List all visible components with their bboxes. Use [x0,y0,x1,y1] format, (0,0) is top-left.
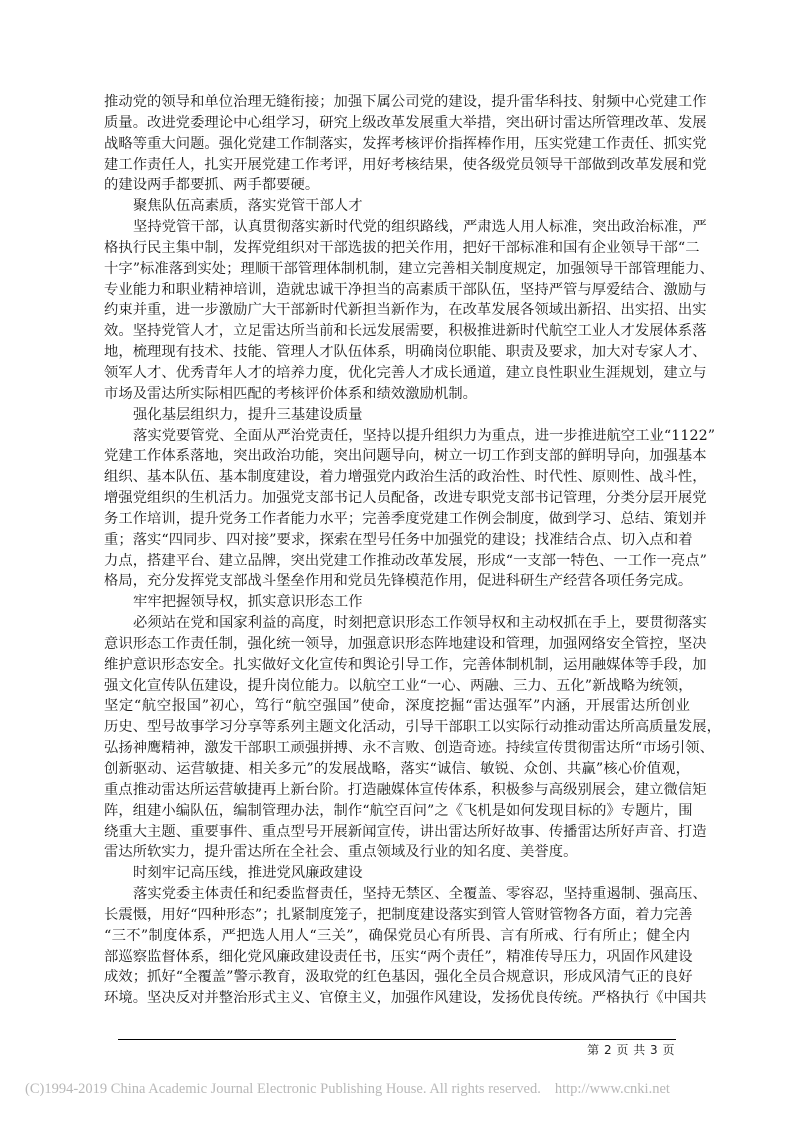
text-line: 环境。坚决反对并整治形式主义、官僚主义，加强作风建设，发扬优良传统。严格执行《中… [104,988,690,1009]
text-line: 维护意识形态安全。扎实做好文化宣传和舆论引导工作，完善体制机制，运用融媒体等手段… [104,655,690,676]
paragraph-cadre-talent: 坚持党管干部，认真贯彻落实新时代党的组织路线，严肃选人用人标准，突出政治标准，严… [104,217,690,405]
text-line: 部巡察监督体系，细化党风廉政建设责任书，压实“两个责任”，精准传导压力，巩固作风… [104,947,690,968]
text-line: 力点，搭建平台、建立品牌，突出党建工作推动改革发展，形成“一支部一特色、一工作一… [104,551,690,572]
text-line: 效。坚持党管人才，立足雷达所当前和长远发展需要，积极推进新时代航空工业人才发展体… [104,321,690,342]
copyright-text: (C)1994-2019 China Academic Journal Elec… [25,1081,541,1097]
text-line: 坚持党管干部，认真贯彻落实新时代党的组织路线，严肃选人用人标准，突出政治标准，严 [104,217,690,238]
text-line: 增强党组织的生机活力。加强党支部书记人员配备，改进专职党支部书记管理，分类分层开… [104,488,690,509]
text-line: 落实党委主体责任和纪委监督责任，坚持无禁区、全覆盖、零容忍，坚持重遏制、强高压、 [104,884,690,905]
text-line: 专业能力和职业精神培训，造就忠诚干净担当的高素质干部队伍，坚持严管与厚爱结合、激… [104,280,690,301]
document-body: 推动党的领导和单位治理无缝衔接；加强下属公司党的建设，提升雷华科技、射频中心党建… [104,92,690,1009]
text-line: 绕重大主题、重要事件、重点型号开展新闻宣传，讲出雷达所好故事、传播雷达所好声音、… [104,822,690,843]
text-line: 推动党的领导和单位治理无缝衔接；加强下属公司党的建设，提升雷华科技、射频中心党建… [104,92,690,113]
text-line: 重；落实“四同步、四对接”要求，探索在型号任务中加强党的建设；找准结合点、切入点… [104,530,690,551]
text-line: 成效；抓好“全覆盖”警示教育，汲取党的红色基因，强化全员合规意识，形成风清气正的… [104,967,690,988]
text-line: 约束并重，进一步激励广大干部新时代新担当新作为，在改革发展各领域出新招、出实招、… [104,300,690,321]
text-line: 十字”标准落到实处；理顺干部管理体制机制，建立完善相关制度规定，加强领导干部管理… [104,259,690,280]
text-line: 的建设两手都要抓、两手都要硬。 [104,175,690,196]
text-line: 必须站在党和国家利益的高度，时刻把意识形态工作领导权和主动权抓在手上，要贯彻落实 [104,613,690,634]
text-line: 务工作培训，提升党务工作者能力水平；完善季度党建工作例会制度，做到学习、总结、策… [104,509,690,530]
footer-divider [118,1039,676,1040]
paragraph-grassroots-organization: 落实党要管党、全面从严治党责任，坚持以提升组织力为重点，进一步推进航空工业“11… [104,426,690,593]
text-line: “三不”制度体系，严把选人用人“三关”，确保党员心有所畏、言有所戒、行有所止；健… [104,926,690,947]
text-line: 质量。改进党委理论中心组学习，研究上级改革发展重大举措，突出研讨雷达所管理改革、… [104,113,690,134]
text-line: 格局，充分发挥党支部战斗堡垒作用和党员先锋模范作用，促进科研生产经营各项任务完成… [104,571,690,592]
section-heading-grassroots-organization: 强化基层组织力，提升三基建设质量 [104,405,690,426]
text-line: 长震慑，用好“四种形态”；扎紧制度笼子，把制度建设落实到管人管财管物各方面，着力… [104,905,690,926]
paragraph-integrity: 落实党委主体责任和纪委监督责任，坚持无禁区、全覆盖、零容忍，坚持重遏制、强高压、… [104,884,690,1009]
copyright-watermark: (C)1994-2019 China Academic Journal Elec… [25,1081,670,1098]
text-line: 阵，组建小编队伍，编制管理办法，制作“航空百问”之《飞机是如何发现目标的》专题片… [104,801,690,822]
paragraph-ideology: 必须站在党和国家利益的高度，时刻把意识形态工作领导权和主动权抓在手上，要贯彻落实… [104,613,690,863]
text-line: 意识形态工作责任制，强化统一领导，加强意识形态阵地建设和管理，加强网络安全管控，… [104,634,690,655]
text-line: 市场及雷达所实际相匹配的考核评价体系和绩效激励机制。 [104,384,690,405]
page-number: 第 2 页 共 3 页 [587,1041,675,1058]
text-line: 坚定“航空报国”初心，笃行“航空强国”使命，深度挖掘“雷达强军”内涵，开展雷达所… [104,696,690,717]
text-line: 战略等重大问题。强化党建工作制落实，发挥考核评价指挥棒作用，压实党建工作责任、抓… [104,134,690,155]
section-heading-ideology: 牢牢把握领导权，抓实意识形态工作 [104,592,690,613]
section-heading-integrity: 时刻牢记高压线，推进党风廉政建设 [104,863,690,884]
watermark-url: http://www.cnki.net [555,1081,670,1097]
text-line: 历史、型号故事学习分享等系列主题文化活动，引导干部职工以实际行动推动雷达所高质量… [104,717,690,738]
text-line: 党建工作体系落地，突出政治功能，突出问题导向，树立一切工作到支部的鲜明导向，加强… [104,446,690,467]
text-line: 领军人才、优秀青年人才的培养力度，优化完善人才成长通道，建立良性职业生涯规划，建… [104,363,690,384]
text-line: 雷达所软实力，提升雷达所在全社会、重点领域及行业的知名度、美誉度。 [104,842,690,863]
text-line: 格执行民主集中制，发挥党组织对干部选拔的把关作用，把好干部标准和国有企业领导干部… [104,238,690,259]
text-line: 强文化宣传队伍建设，提升岗位能力。以航空工业“一心、两融、三力、五化”新战略为统… [104,676,690,697]
text-line: 建工作责任人，扎实开展党建工作考评，用好考核结果，使各级党员领导干部做到改革发展… [104,155,690,176]
text-line: 地，梳理现有技术、技能、管理人才队伍体系，明确岗位职能、职责及要求，加大对专家人… [104,342,690,363]
paragraph-party-leadership: 推动党的领导和单位治理无缝衔接；加强下属公司党的建设，提升雷华科技、射频中心党建… [104,92,690,196]
text-line: 创新驱动、运营敏捷、相关多元”的发展战略，落实“诚信、敏锐、众创、共赢”核心价值… [104,759,690,780]
text-line: 弘扬神鹰精神，激发干部职工顽强拼搏、永不言败、创造奇迹。持续宣传贯彻雷达所“市场… [104,738,690,759]
text-line: 重点推动雷达所运营敏捷再上新台阶。打造融媒体宣传体系，积极参与高级别展会，建立微… [104,780,690,801]
text-line: 组织、基本队伍、基本制度建设，着力增强党内政治生活的政治性、时代性、原则性、战斗… [104,467,690,488]
text-line: 落实党要管党、全面从严治党责任，坚持以提升组织力为重点，进一步推进航空工业“11… [104,426,690,447]
section-heading-cadre-talent: 聚焦队伍高素质，落实党管干部人才 [104,196,690,217]
